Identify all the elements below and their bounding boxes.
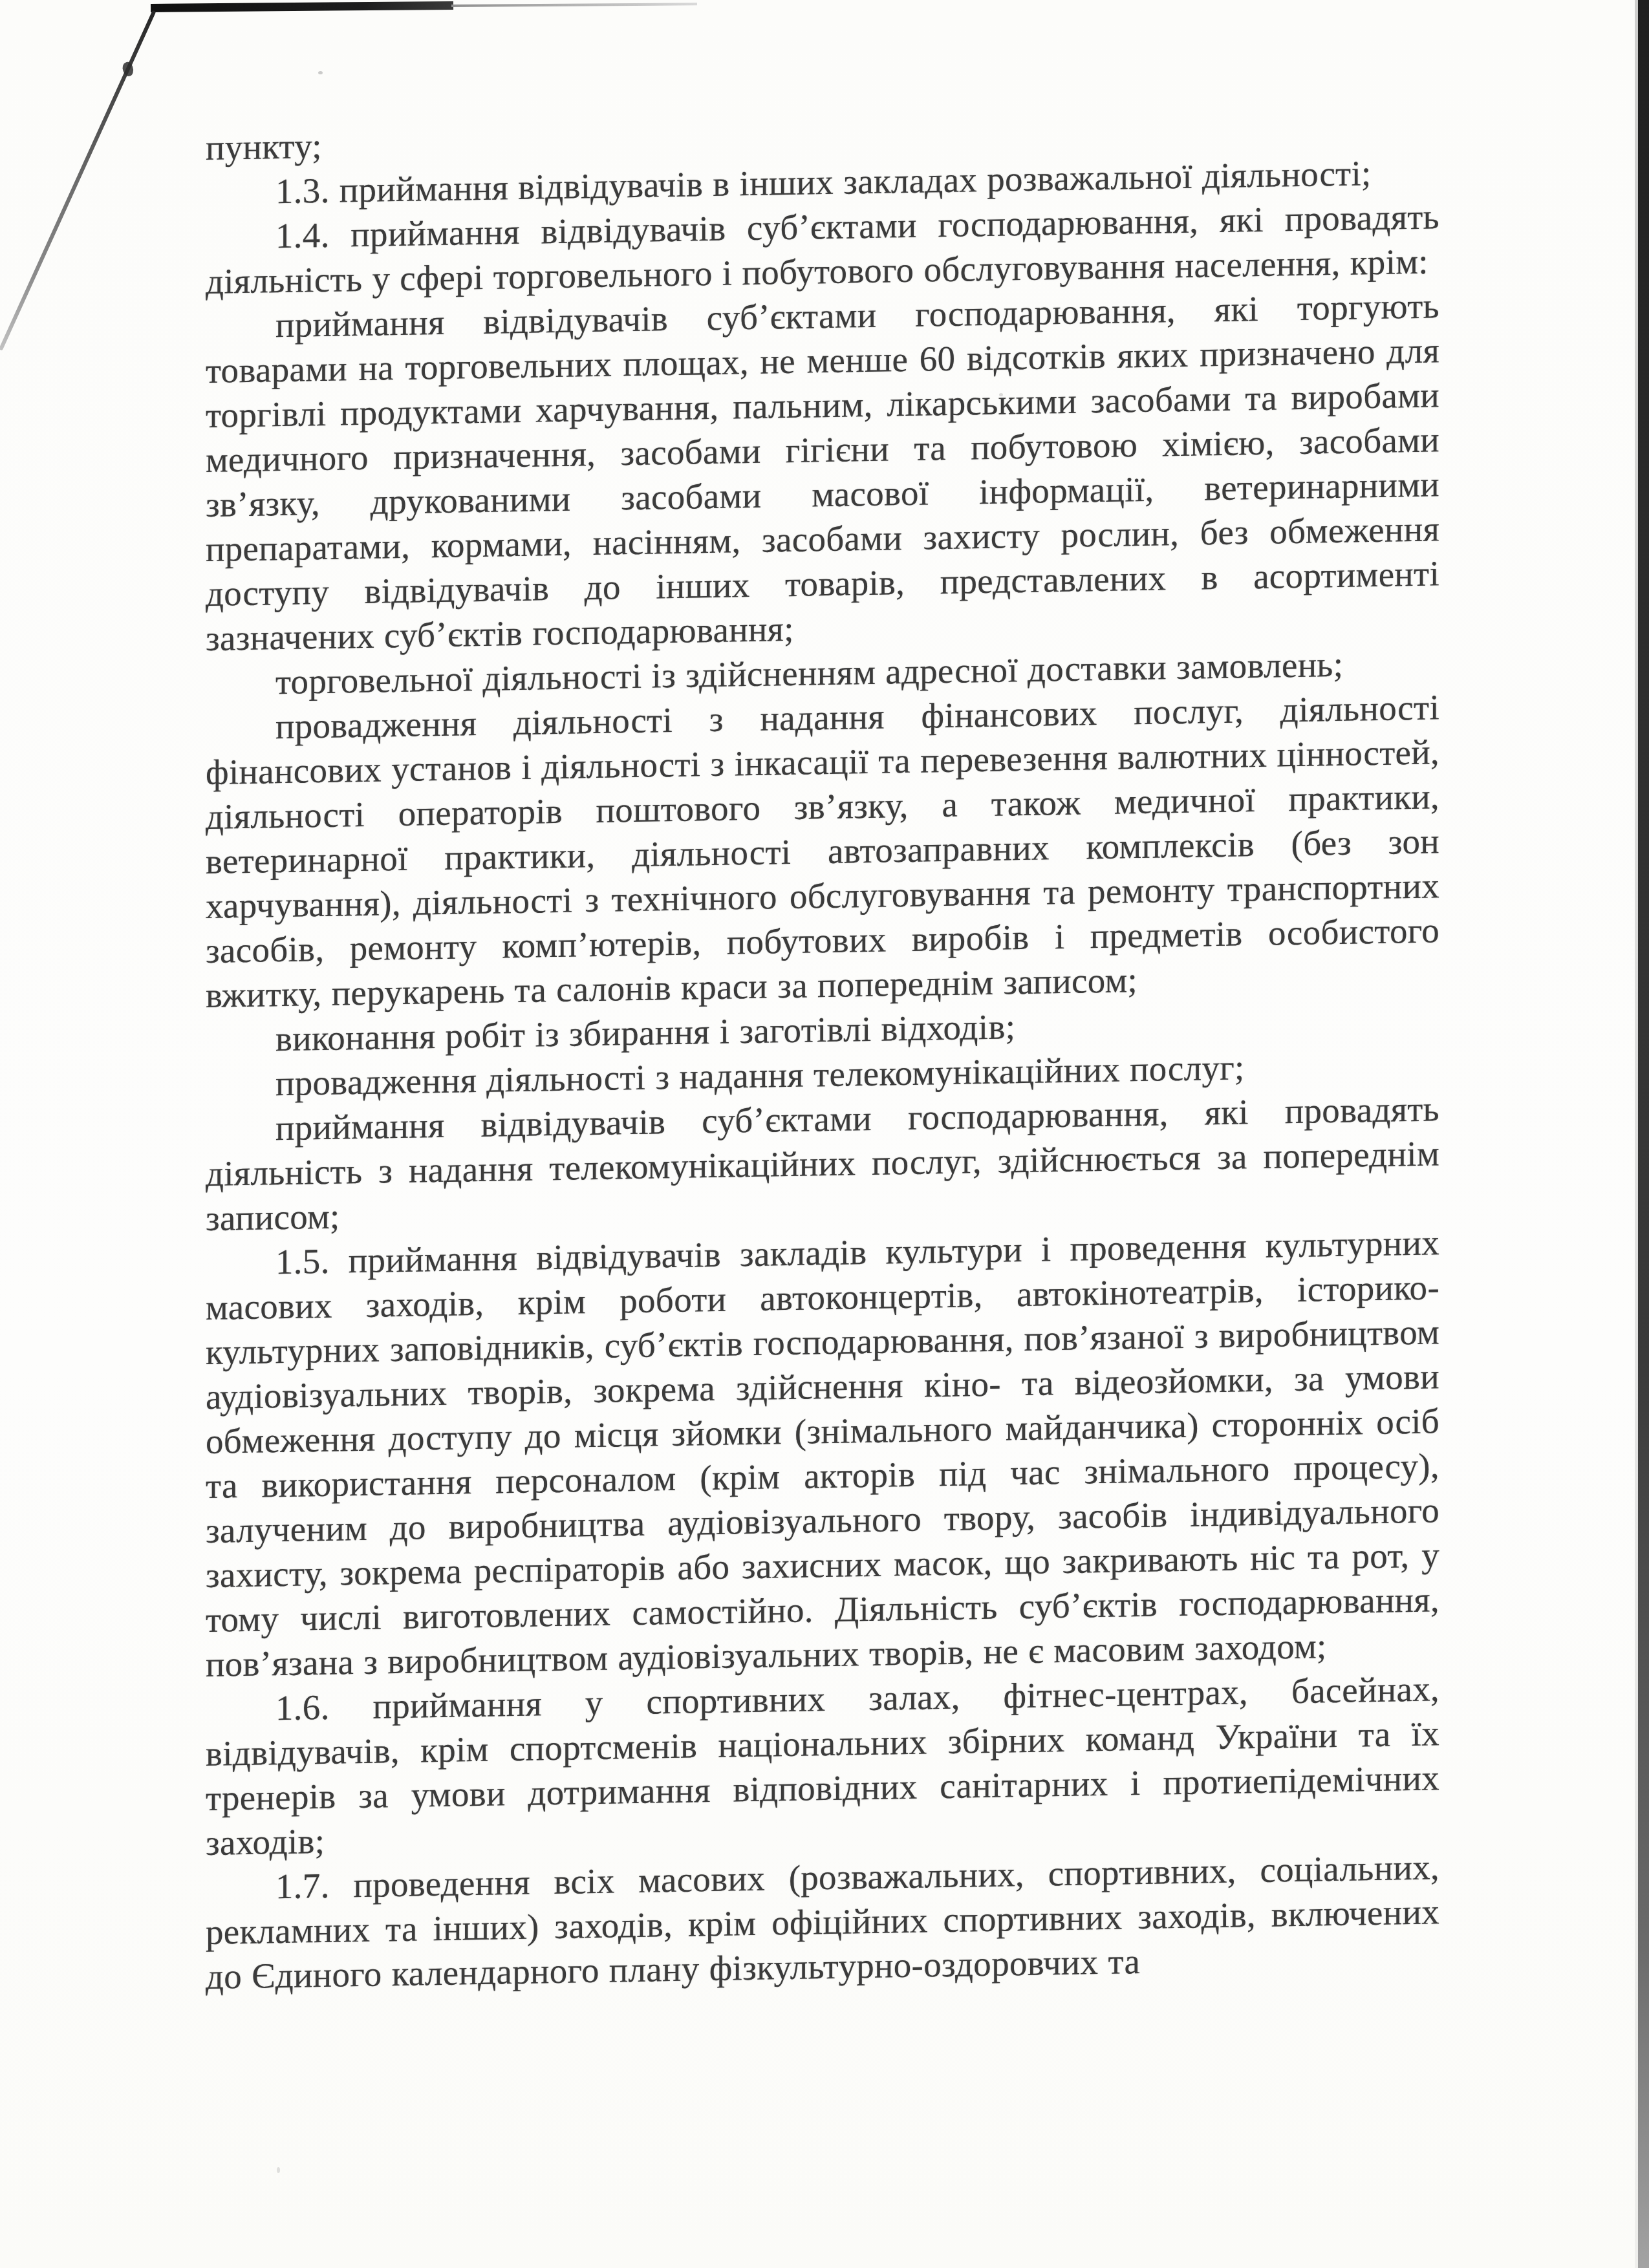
document-paragraph: приймання відвідувачів суб’єктами господ… bbox=[206, 283, 1439, 661]
document-paragraph: провадження діяльності з надання фінансо… bbox=[206, 685, 1439, 1018]
scan-top-edge-artifact bbox=[151, 1, 453, 12]
scan-corner-fold-line bbox=[0, 10, 156, 350]
scan-top-edge-faint-artifact bbox=[451, 3, 697, 7]
document-text-block: пункту; 1.3. приймання відвідувачів в ін… bbox=[206, 105, 1439, 1999]
scan-right-edge-shadow bbox=[1638, 0, 1649, 2268]
paper-speck bbox=[318, 71, 323, 74]
document-paragraph: 1.7. проведення всіх масових (розважальн… bbox=[206, 1845, 1439, 1999]
document-paragraph: приймання відвідувачів суб’єктами господ… bbox=[206, 1086, 1439, 1241]
document-paragraph: 1.5. приймання відвідувачів закладів кул… bbox=[206, 1220, 1439, 1687]
scanned-document-page: пункту; 1.3. приймання відвідувачів в ін… bbox=[0, 0, 1649, 2268]
document-paragraph: 1.6. приймання у спортивних залах, фітне… bbox=[206, 1666, 1439, 1865]
paper-speck bbox=[277, 2167, 280, 2173]
